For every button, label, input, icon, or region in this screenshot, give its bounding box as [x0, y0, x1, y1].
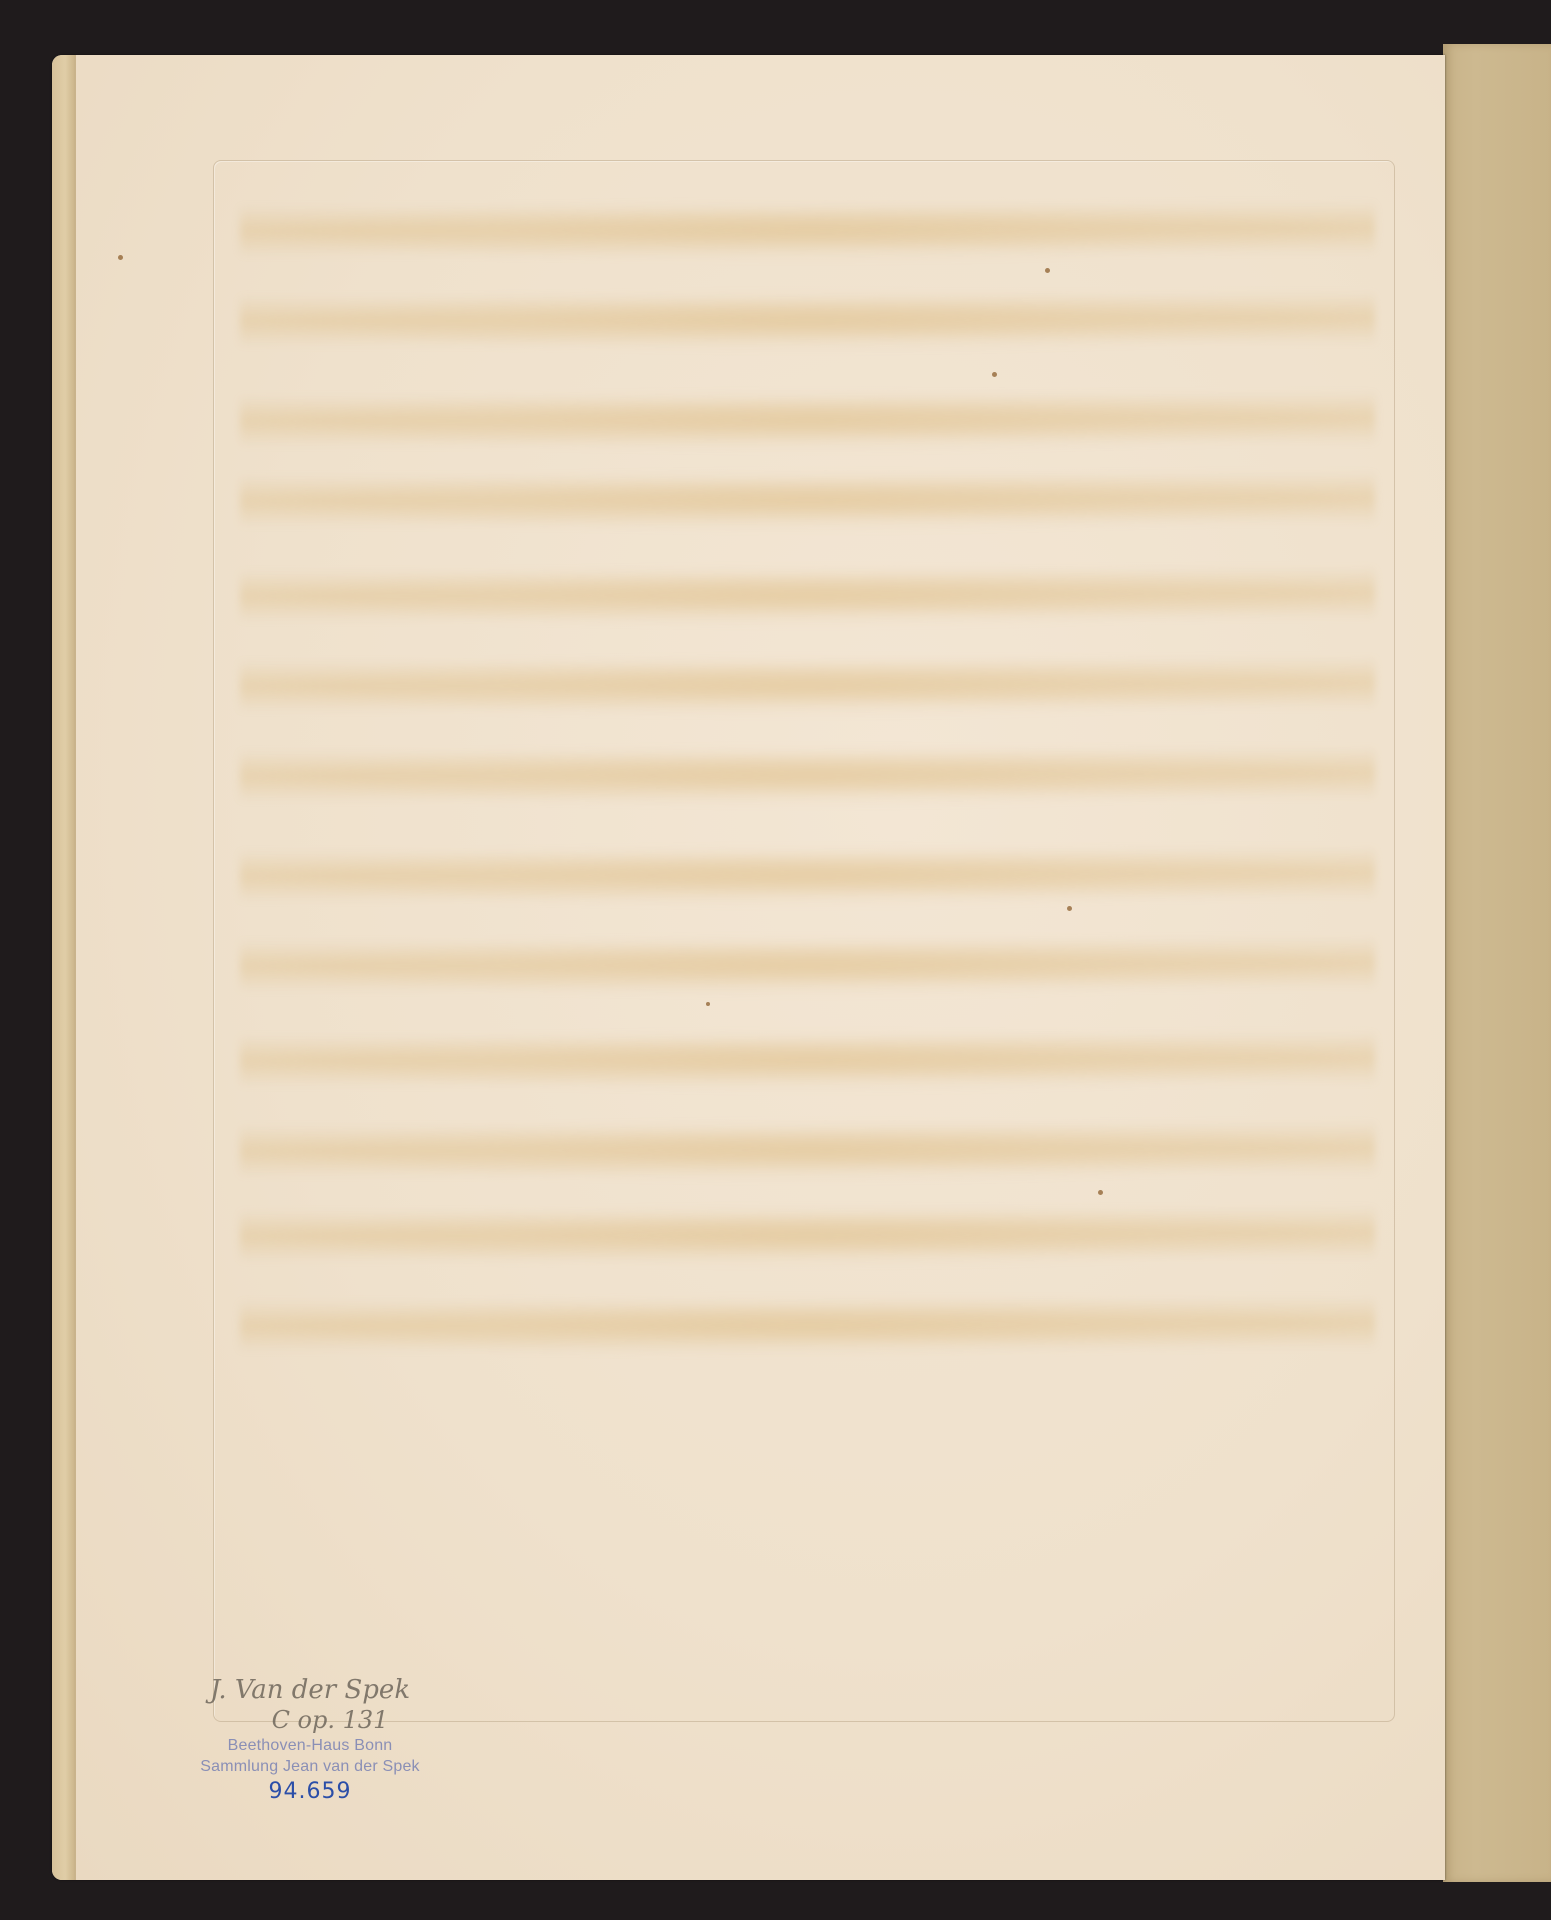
- show-through-staff: [240, 565, 1375, 627]
- handwritten-collector: J. Van der Spek: [160, 1675, 460, 1705]
- show-through-staff: [240, 200, 1375, 262]
- show-through-staff: [240, 655, 1375, 717]
- show-through-staff: [240, 1030, 1375, 1092]
- show-through-staff: [240, 470, 1375, 532]
- binding-strip: [52, 55, 76, 1880]
- adjacent-leaf: [1443, 44, 1551, 1882]
- show-through-staff: [240, 845, 1375, 907]
- stamp-institution: Beethoven-Haus Bonn: [160, 1735, 460, 1756]
- show-through-staff: [240, 1205, 1375, 1267]
- show-through-staff: [240, 935, 1375, 997]
- show-through-staff: [240, 390, 1375, 452]
- handwritten-opus: C op. 131: [200, 1705, 460, 1735]
- foxing-spot: [1045, 268, 1050, 273]
- show-through-staff: [240, 1120, 1375, 1182]
- foxing-spot: [706, 1002, 710, 1006]
- inventory-number: 94.659: [160, 1779, 460, 1804]
- show-through-staff: [240, 1295, 1375, 1357]
- stamp-collection: Sammlung Jean van der Spek: [160, 1756, 460, 1777]
- show-through-staff: [240, 745, 1375, 807]
- foxing-spot: [118, 255, 123, 260]
- foxing-spot: [992, 372, 997, 377]
- archive-stamp: J. Van der Spek C op. 131 Beethoven-Haus…: [160, 1675, 460, 1804]
- foxing-spot: [1098, 1190, 1103, 1195]
- show-through-staff: [240, 290, 1375, 352]
- foxing-spot: [1067, 906, 1072, 911]
